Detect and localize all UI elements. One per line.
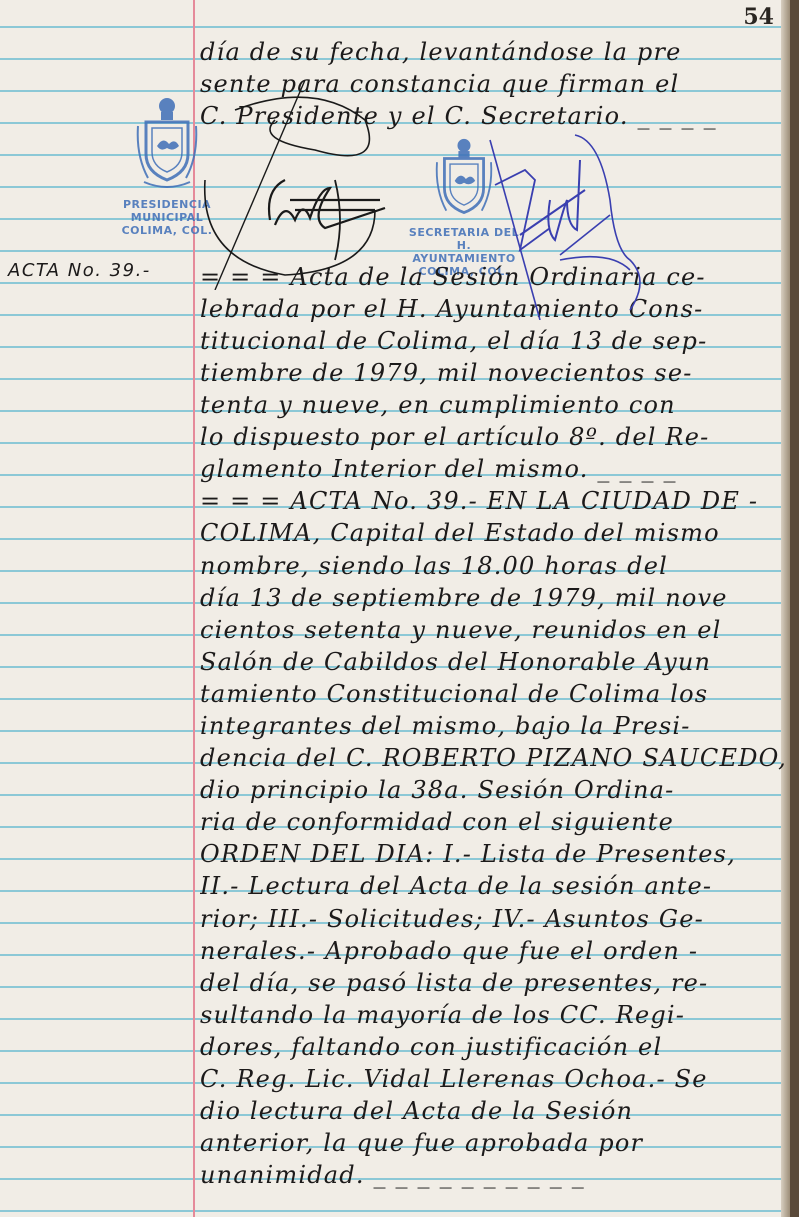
text-line: C. Reg. Lic. Vidal Llerenas Ochoa.- Se: [200, 1063, 790, 1095]
text-line: dio principio la 38a. Sesión Ordina-: [200, 774, 790, 806]
text-line: Salón de Cabildos del Honorable Ayun: [200, 646, 790, 678]
text-line: [200, 164, 790, 196]
text-line: unanimidad. _ _ _ _ _ _ _ _ _ _: [200, 1159, 790, 1191]
text-line: sente para constancia que firman el: [200, 68, 790, 100]
text-line: = = = Acta de la Sesión Ordinaria ce-: [200, 261, 790, 293]
text-line: rior; III.- Solicitudes; IV.- Asuntos Ge…: [200, 903, 790, 935]
text-line: glamento Interior del mismo. _ _ _ _: [200, 453, 790, 485]
handwritten-body: día de su fecha, levantándose la pre sen…: [200, 36, 790, 1191]
text-line: ria de conformidad con el siguiente: [200, 806, 790, 838]
text-line: cientos setenta y nueve, reunidos en el: [200, 614, 790, 646]
text-line: dores, faltando con justificación el: [200, 1031, 790, 1063]
text-line: [200, 229, 790, 261]
text-line: dio lectura del Acta de la Sesión: [200, 1095, 790, 1127]
coat-of-arms-icon: [132, 96, 202, 192]
text-line: del día, se pasó lista de presentes, re-: [200, 967, 790, 999]
text-line: [200, 132, 790, 164]
ledger-page: 54 ACTA No. 39.- PRESIDENCIA MUNICIPAL C…: [0, 0, 790, 1217]
text-line: = = = ACTA No. 39.- EN LA CIUDAD DE -: [200, 485, 790, 517]
text-line: lebrada por el H. Ayuntamiento Cons-: [200, 293, 790, 325]
text-line: nombre, siendo las 18.00 horas del: [200, 550, 790, 582]
text-line: lo dispuesto por el artículo 8º. del Re-: [200, 421, 790, 453]
text-line: sultando la mayoría de los CC. Regi-: [200, 999, 790, 1031]
text-line: tiembre de 1979, mil novecientos se-: [200, 357, 790, 389]
text-line: nerales.- Aprobado que fue el orden -: [200, 935, 790, 967]
text-line: dencia del C. ROBERTO PIZANO SAUCEDO,: [200, 742, 790, 774]
page-number: 54: [743, 4, 774, 30]
text-line: integrantes del mismo, bajo la Presi-: [200, 710, 790, 742]
text-line: [200, 196, 790, 228]
text-line: anterior, la que fue aprobada por: [200, 1127, 790, 1159]
text-line: día de su fecha, levantándose la pre: [200, 36, 790, 68]
text-line: C. Presidente y el C. Secretario. _ _ _ …: [200, 100, 790, 132]
text-line: día 13 de septiembre de 1979, mil nove: [200, 582, 790, 614]
text-line: titucional de Colima, el día 13 de sep-: [200, 325, 790, 357]
text-line: tenta y nueve, en cumplimiento con: [200, 389, 790, 421]
text-line: ORDEN DEL DIA: I.- Lista de Presentes,: [200, 838, 790, 870]
text-line: tamiento Constitucional de Colima los: [200, 678, 790, 710]
text-line: COLIMA, Capital del Estado del mismo: [200, 517, 790, 549]
margin-note-acta-number: ACTA No. 39.-: [8, 260, 151, 281]
text-line: II.- Lectura del Acta de la sesión ante-: [200, 870, 790, 902]
